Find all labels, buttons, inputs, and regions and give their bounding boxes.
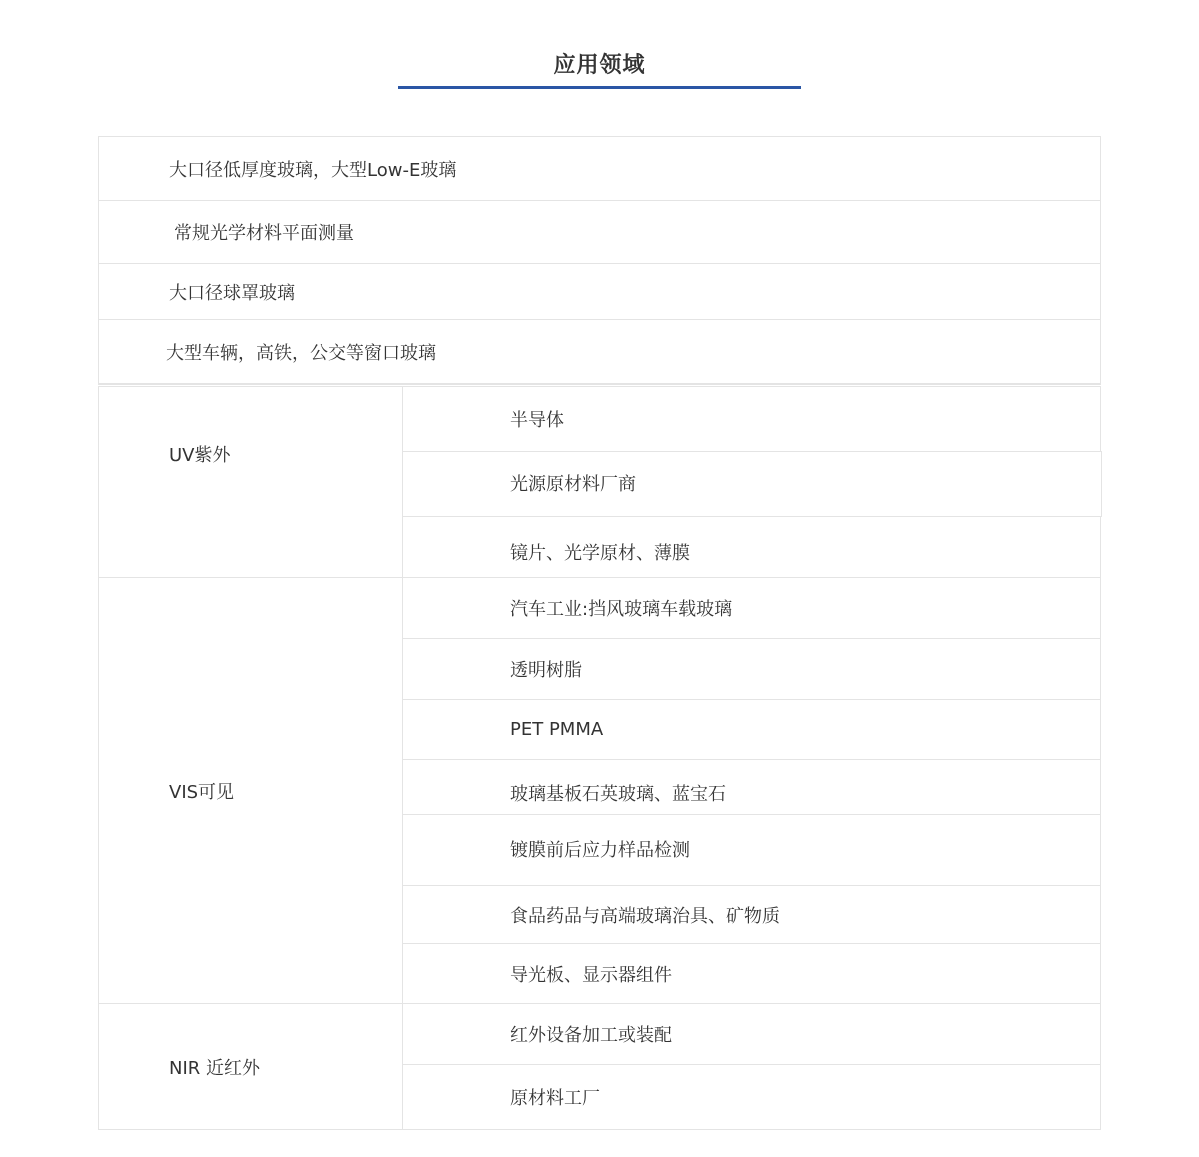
category-vis: VIS可见 xyxy=(98,577,403,1004)
category-item: 玻璃基板石英玻璃、蓝宝石 xyxy=(402,759,1101,815)
category-item: 半导体 xyxy=(402,386,1101,452)
category-item-label: 玻璃基板石英玻璃、蓝宝石 xyxy=(510,780,726,806)
category-name: NIR 近红外 xyxy=(169,1054,260,1080)
category-item-label: 镜片、光学原材、薄膜 xyxy=(510,539,690,565)
category-name: VIS可见 xyxy=(169,778,234,804)
general-row-label: 大型车辆，高铁，公交等窗口玻璃 xyxy=(166,339,436,365)
category-uv: UV紫外 xyxy=(98,386,403,578)
category-item: PET PMMA xyxy=(402,699,1101,760)
category-item-label: PET PMMA xyxy=(510,719,603,740)
category-item-label: 透明树脂 xyxy=(510,656,582,682)
category-item: 镜片、光学原材、薄膜 xyxy=(402,516,1101,578)
category-item-label: 光源原材料厂商 xyxy=(510,470,636,496)
category-item: 食品药品与高端玻璃治具、矿物质 xyxy=(402,885,1101,944)
title-underline xyxy=(398,86,801,89)
general-row: 常规光学材料平面测量 xyxy=(98,200,1101,264)
category-item-label: 镀膜前后应力样品检测 xyxy=(510,836,690,862)
category-item: 原材料工厂 xyxy=(402,1064,1101,1130)
category-name: UV紫外 xyxy=(169,441,231,467)
general-row-label: 常规光学材料平面测量 xyxy=(174,219,354,245)
category-item-label: 半导体 xyxy=(510,406,564,432)
general-row: 大型车辆，高铁，公交等窗口玻璃 xyxy=(98,319,1101,385)
category-item: 汽车工业:挡风玻璃车载玻璃 xyxy=(402,577,1101,639)
category-item: 透明树脂 xyxy=(402,638,1101,700)
category-item: 光源原材料厂商 xyxy=(402,451,1102,517)
category-item-label: 红外设备加工或装配 xyxy=(510,1021,672,1047)
category-item-label: 导光板、显示器组件 xyxy=(510,961,672,987)
general-row: 大口径球罩玻璃 xyxy=(98,263,1101,320)
category-item: 红外设备加工或装配 xyxy=(402,1003,1101,1065)
category-item-label: 原材料工厂 xyxy=(510,1084,600,1110)
category-item: 镀膜前后应力样品检测 xyxy=(402,814,1101,886)
page-title: 应用领域 xyxy=(0,48,1199,79)
general-row: 大口径低厚度玻璃，大型Low-E玻璃 xyxy=(98,136,1101,201)
general-row-label: 大口径球罩玻璃 xyxy=(169,279,295,305)
category-item: 导光板、显示器组件 xyxy=(402,943,1101,1004)
category-nir: NIR 近红外 xyxy=(98,1003,403,1130)
category-item-label: 汽车工业:挡风玻璃车载玻璃 xyxy=(510,595,732,621)
category-item-label: 食品药品与高端玻璃治具、矿物质 xyxy=(510,902,780,928)
general-row-label: 大口径低厚度玻璃，大型Low-E玻璃 xyxy=(169,156,456,182)
